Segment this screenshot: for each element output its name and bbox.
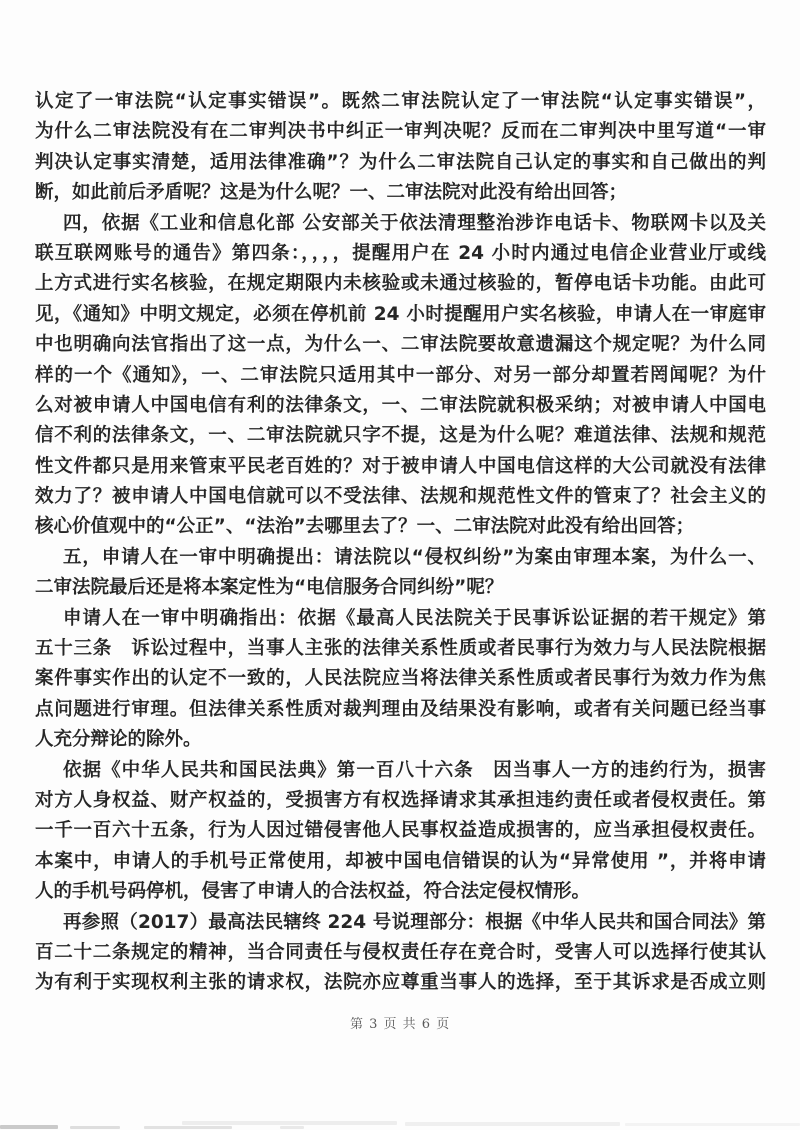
text-line: 为什么二审法院没有在二审判决书中纠正一审判决呢？反而在二审判决中里写道“一审 <box>35 117 766 147</box>
page-number: 第 3 页 共 6 页 <box>350 1013 460 1032</box>
text-line: 为有利于实现权利主张的请求权，法院亦应尊重当事人的选择，至于其诉求是否成立则 <box>35 968 766 998</box>
text-line: 案件事实作出的认定不一致的，人民法院应当将法律关系性质或者民事行为效力作为焦 <box>35 664 766 694</box>
text-line: 百二十二条规定的精神，当合同责任与侵权责任存在竞合时，受害人可以选择行使其认 <box>35 938 766 968</box>
scanned-document-page: 认定了一审法院“认定事实错误”。既然二审法院认定了一审法院“认定事实错误”，为什… <box>0 0 800 1130</box>
text-line: 中也明确向法官指出了这一点，为什么一、二审法院要故意遗漏这个规定呢？为什么同 <box>35 330 766 360</box>
text-line: 对方人身权益、财产权益的，受损害方有权选择请求其承担违约责任或者侵权责任。第 <box>35 786 766 816</box>
text-line: 性文件都只是用来管束平民老百姓的？对于被申请人中国电信这样的大公司就没有法律 <box>35 452 766 482</box>
document-body-text: 认定了一审法院“认定事实错误”。既然二审法院认定了一审法院“认定事实错误”，为什… <box>35 87 766 999</box>
text-line: 人的手机号码停机，侵害了申请人的合法权益，符合法定侵权情形。 <box>35 877 766 907</box>
text-line: 信不利的法律条文，一、二审法院就只字不提，这是为什么呢？难道法律、法规和规范 <box>35 421 766 451</box>
text-line: 二审法院最后还是将本案定性为“电信服务合同纠纷”呢？ <box>35 573 766 603</box>
text-line: 人充分辩论的除外。 <box>35 725 766 755</box>
text-line: 见，《通知》中明文规定，必须在停机前 24 小时提醒用户实名核验，申请人在一审庭… <box>35 300 766 330</box>
text-line: 断，如此前后矛盾呢？这是为什么呢？一、二审法院对此没有给出回答； <box>35 178 766 208</box>
text-line: 再参照（2017）最高法民辖终 224 号说理部分：根据《中华人民共和国合同法》… <box>35 908 766 938</box>
text-line: 五，申请人在一审中明确提出：请法院以“侵权纠纷”为案由审理本案，为什么一、 <box>35 543 766 573</box>
text-line: 联互联网账号的通告》第四条：，，，，提醒用户在 24 小时内通过电信企业营业厅或… <box>35 239 766 269</box>
scan-shadow <box>70 1126 120 1129</box>
text-line: 判决认定事实清楚，适用法律准确”？为什么二审法院自己认定的事实和自己做出的判 <box>35 148 766 178</box>
text-line: 认定了一审法院“认定事实错误”。既然二审法院认定了一审法院“认定事实错误”， <box>35 87 766 117</box>
scan-shadow <box>625 1123 800 1126</box>
scan-shadow <box>0 1125 58 1129</box>
text-line: 样的一个《通知》，一、二审法院只适用其中一部分、对另一部分却置若罔闻呢？为什 <box>35 361 766 391</box>
text-line: 点问题进行审理。但法律关系性质对裁判理由及结果没有影响，或者有关问题已经当事 <box>35 695 766 725</box>
text-line: 效力了？被申请人中国电信就可以不受法律、法规和规范性文件的管束了？社会主义的 <box>35 482 766 512</box>
scan-shadow <box>182 1121 397 1125</box>
text-line: 依据《中华人民共和国民法典》第一百八十六条 因当事人一方的违约行为，损害 <box>35 756 766 786</box>
text-line: 么对被申请人中国电信有利的法律条文，一、二审法院就积极采纳；对被申请人中国电 <box>35 391 766 421</box>
text-line: 五十三条 诉讼过程中，当事人主张的法律关系性质或者民事行为效力与人民法院根据 <box>35 634 766 664</box>
scan-shadow <box>280 1126 304 1129</box>
text-line: 四，依据《工业和信息化部 公安部关于依法清理整治涉诈电话卡、物联网卡以及关 <box>35 209 766 239</box>
text-line: 一千一百六十五条，行为人因过错侵害他人民事权益造成损害的，应当承担侵权责任。 <box>35 816 766 846</box>
scan-shadow <box>144 1126 232 1129</box>
text-line: 申请人在一审中明确指出：依据《最高人民法院关于民事诉讼证据的若干规定》第 <box>35 604 766 634</box>
text-line: 上方式进行实名核验，在规定期限内未核验或未通过核验的，暂停电话卡功能。由此可 <box>35 269 766 299</box>
text-line: 核心价值观中的“公正”、“法治”去哪里去了？一、二审法院对此没有给出回答； <box>35 512 766 542</box>
scan-shadow <box>405 1122 620 1126</box>
text-line: 本案中，申请人的手机号正常使用，却被中国电信错误的认为“异常使用 ”，并将申请 <box>35 847 766 877</box>
